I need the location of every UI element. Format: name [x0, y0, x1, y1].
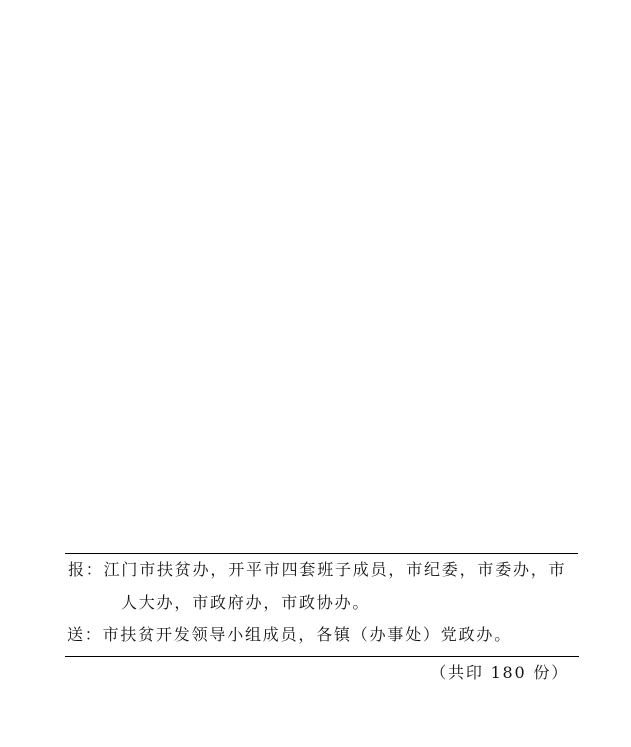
report-label: 报：	[68, 560, 104, 579]
send-line: 送：市扶贫开发领导小组成员，各镇（办事处）党政办。	[67, 624, 512, 646]
print-count: （共印 180 份）	[430, 662, 569, 684]
send-text: 市扶贫开发领导小组成员，各镇（办事处）党政办。	[103, 625, 512, 644]
document-page: 报：江门市扶贫办，开平市四套班子成员，市纪委，市委办，市 人大办，市政府办，市政…	[0, 0, 631, 747]
top-divider	[65, 553, 578, 554]
bottom-divider	[65, 656, 579, 657]
report-line-1: 报：江门市扶贫办，开平市四套班子成员，市纪委，市委办，市	[68, 559, 566, 581]
report-line-2: 人大办，市政府办，市政协办。	[121, 592, 370, 614]
report-text-1: 江门市扶贫办，开平市四套班子成员，市纪委，市委办，市	[104, 560, 567, 579]
send-label: 送：	[67, 625, 103, 644]
